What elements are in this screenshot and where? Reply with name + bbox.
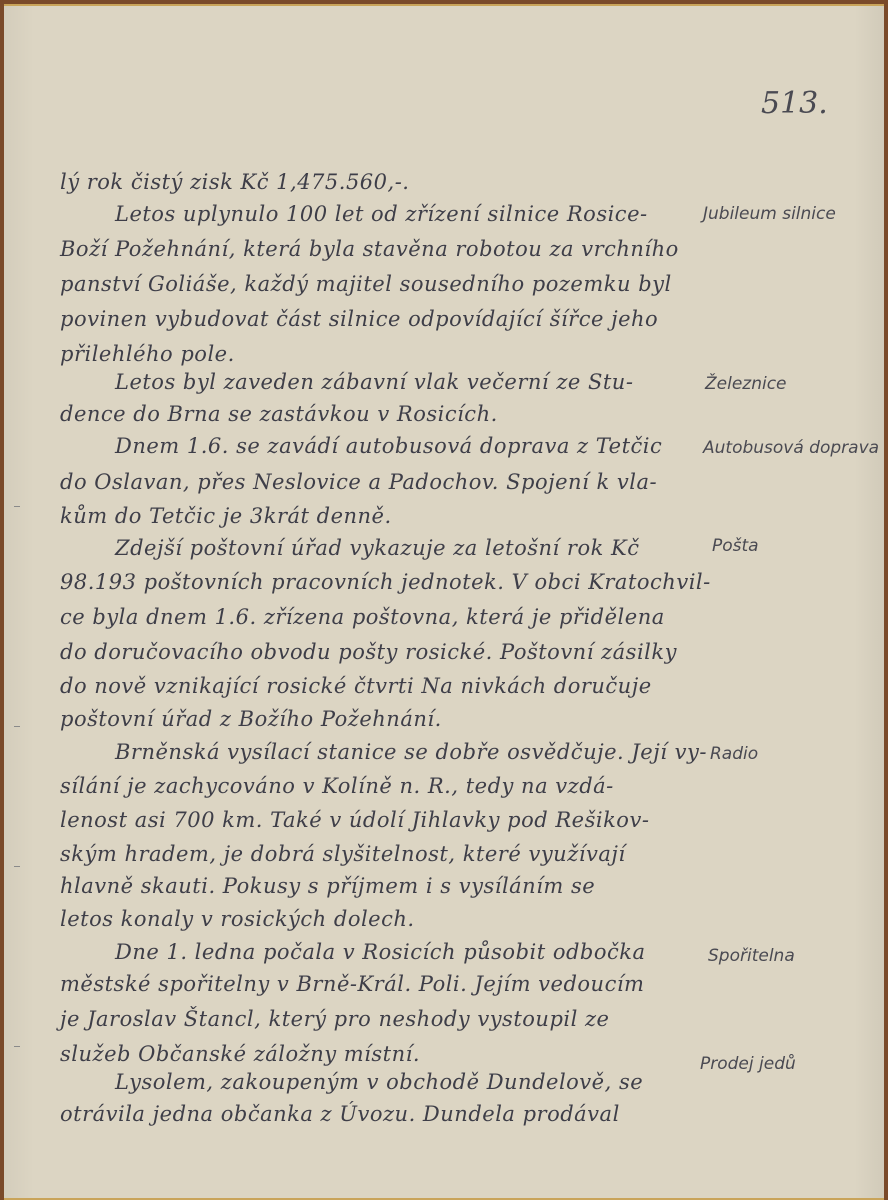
margin-tick: [14, 726, 20, 727]
text-line: hlavně skauti. Pokusy s příjmem i s vysí…: [60, 874, 595, 898]
text-line: otrávila jedna občanka z Úvozu. Dundela …: [60, 1102, 620, 1126]
text-line: ce byla dnem 1.6. zřízena poštovna, kter…: [60, 605, 665, 629]
margin-note: Prodej jedů: [700, 1054, 796, 1074]
text-line: sílání je zachycováno v Kolíně n. R., te…: [60, 774, 614, 798]
text-line: Letos byl zaveden zábavní vlak večerní z…: [115, 370, 633, 394]
text-line: letos konaly v rosických dolech.: [60, 907, 415, 931]
manuscript-page: 513. lý rok čistý zisk Kč 1,475.560,-.Le…: [4, 4, 884, 1200]
text-line: do nově vznikající rosické čtvrti Na niv…: [60, 674, 652, 698]
margin-tick: [14, 866, 20, 867]
text-line: Dnem 1.6. se zavádí autobusová doprava z…: [115, 434, 662, 458]
text-line: služeb Občanské záložny místní.: [60, 1042, 420, 1066]
margin-note: Pošta: [712, 536, 759, 556]
text-line: městské spořitelny v Brně-Král. Poli. Je…: [60, 972, 644, 996]
text-line: Letos uplynulo 100 let od zřízení silnic…: [115, 202, 648, 226]
text-line: lý rok čistý zisk Kč 1,475.560,-.: [60, 170, 409, 194]
text-line: panství Goliáše, každý majitel sousedníh…: [60, 272, 672, 296]
text-line: povinen vybudovat část silnice odpovídaj…: [60, 307, 658, 331]
text-line: ským hradem, je dobrá slyšitelnost, kter…: [60, 842, 626, 866]
margin-tick: [14, 506, 20, 507]
margin-note: Autobusová doprava: [703, 438, 879, 458]
text-line: do Oslavan, přes Neslovice a Padochov. S…: [60, 470, 657, 494]
text-line: poštovní úřad z Božího Požehnání.: [60, 707, 442, 731]
text-line: přilehlého pole.: [60, 342, 235, 366]
text-line: Lysolem, zakoupeným v obchodě Dundelově,…: [115, 1070, 643, 1094]
margin-note: Železnice: [705, 374, 787, 394]
text-line: dence do Brna se zastávkou v Rosicích.: [60, 402, 498, 426]
text-line: lenost asi 700 km. Také v údolí Jihlavky…: [60, 808, 649, 832]
text-line: je Jaroslav Štancl, který pro neshody vy…: [60, 1007, 610, 1031]
text-line: Boží Požehnání, která byla stavěna robot…: [60, 237, 679, 261]
text-line: kům do Tetčic je 3krát denně.: [60, 504, 392, 528]
text-line: 98.193 poštovních pracovních jednotek. V…: [60, 570, 711, 594]
text-line: Brněnská vysílací stanice se dobře osvěd…: [115, 740, 707, 764]
text-line: Dne 1. ledna počala v Rosicích působit o…: [115, 940, 646, 964]
text-line: Zdejší poštovní úřad vykazuje za letošní…: [115, 536, 639, 560]
page-number: 513.: [761, 86, 828, 121]
margin-note: Radio: [710, 744, 758, 764]
margin-note: Spořitelna: [708, 946, 795, 966]
margin-tick: [14, 1046, 20, 1047]
text-line: do doručovacího obvodu pošty rosické. Po…: [60, 640, 677, 664]
margin-note: Jubileum silnice: [703, 204, 836, 224]
